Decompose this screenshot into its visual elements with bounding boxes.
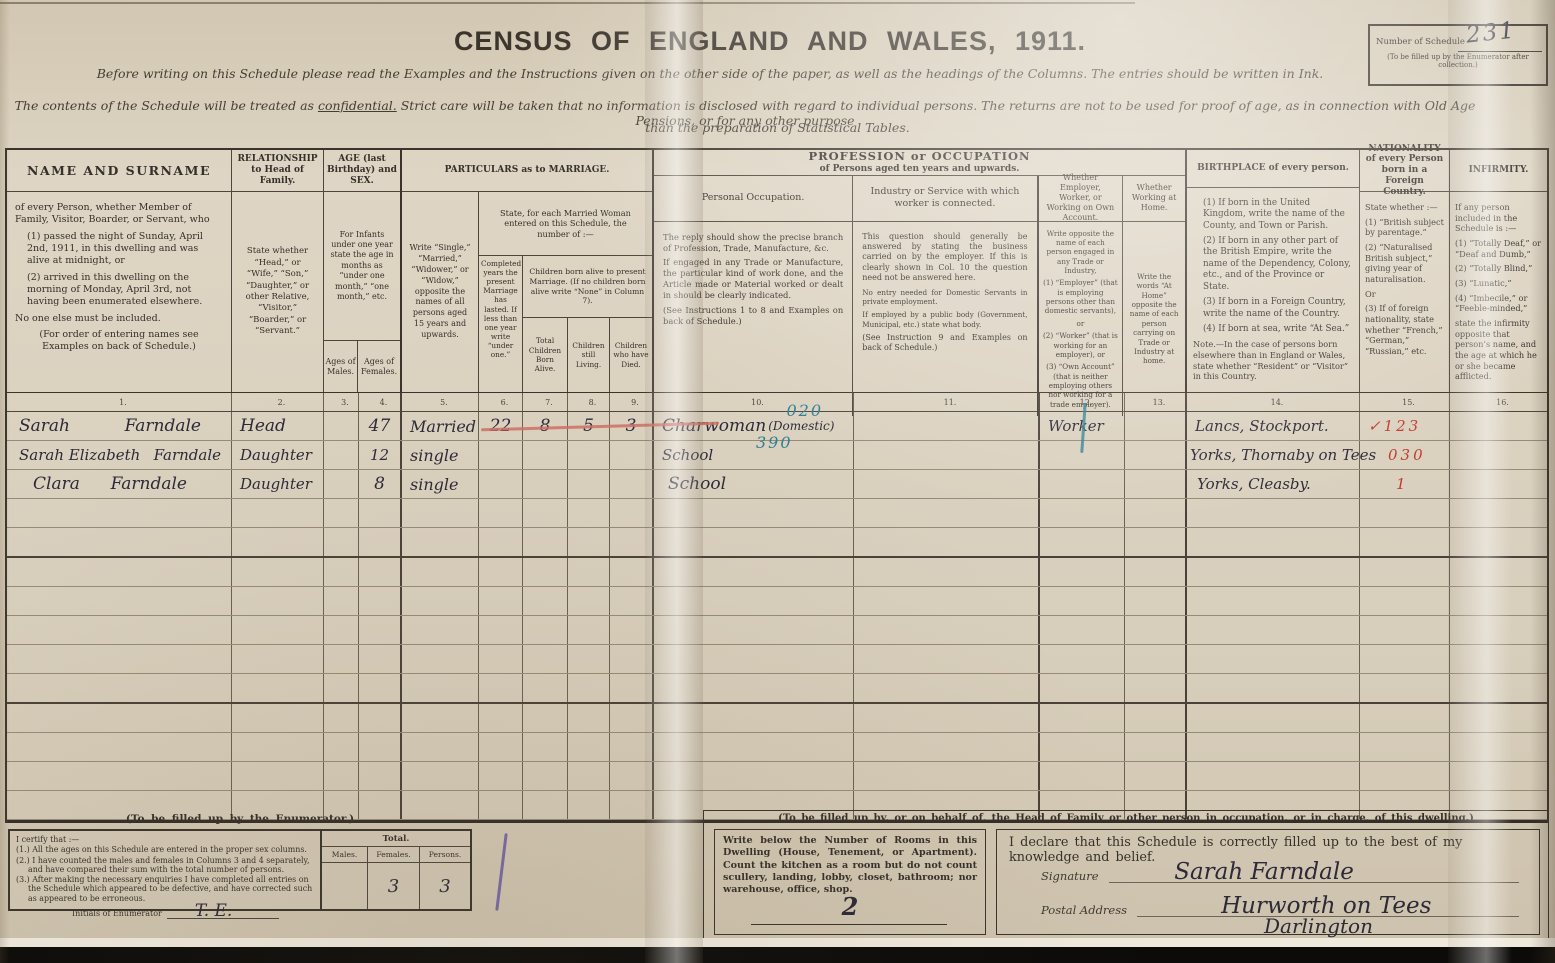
age-value: 47 bbox=[369, 416, 391, 436]
column-desc-text: The reply should show the precise branch… bbox=[663, 232, 843, 254]
certify-intro: I certify that :— bbox=[16, 835, 314, 844]
column-desc: State whether :— (1) “British subject by… bbox=[1360, 192, 1449, 392]
column-desc-text: Or bbox=[1365, 289, 1444, 300]
occupation-group-title: PROFESSION or OCCUPATION of Persons aged… bbox=[654, 150, 1185, 176]
schedule-number-box: Number of Schedule 231 (To be filled up … bbox=[1368, 24, 1548, 86]
birthplace-value: Yorks, Cleasby. bbox=[1197, 475, 1311, 493]
rooms-value: 2 bbox=[842, 892, 859, 923]
person-surname: Farndale bbox=[125, 416, 201, 436]
person-first-name: Sarah Elizabeth bbox=[19, 446, 140, 464]
column-desc-text: (2) If born in any other part of the Bri… bbox=[1193, 236, 1353, 293]
relationship-value: Daughter bbox=[240, 475, 312, 493]
column-desc: For Infants under one year state the age… bbox=[324, 192, 400, 340]
column-number: 15. bbox=[1360, 393, 1450, 411]
table-row-empty bbox=[7, 762, 1547, 791]
marriage-years-header: Completed years the present Marriage has… bbox=[479, 256, 523, 392]
column-title: BIRTHPLACE of every person. bbox=[1187, 150, 1359, 188]
column-desc: If any person included in the Schedule i… bbox=[1450, 192, 1547, 392]
signature-value: Sarah Farndale bbox=[1174, 859, 1354, 885]
column-desc: Write opposite the name of each person e… bbox=[1039, 222, 1123, 416]
table-row-empty bbox=[7, 616, 1547, 645]
column-title: Industry or Service with which worker is… bbox=[853, 176, 1036, 222]
occupation-code-annotation: 020 bbox=[786, 401, 823, 420]
males-label: Males. bbox=[322, 847, 368, 862]
column-desc-text: No one else must be included. bbox=[15, 313, 223, 325]
children-born-alive-header: Total Children Born Alive. bbox=[523, 318, 568, 392]
instruction-line-3: than the preparation of Statistical Tabl… bbox=[0, 120, 1555, 135]
postal-address-label: Postal Address bbox=[1041, 903, 1127, 917]
table-row-empty bbox=[7, 499, 1547, 528]
schedule-number-underline bbox=[1458, 51, 1542, 52]
employer-worker-column: Whether Employer, Worker, or Working on … bbox=[1039, 176, 1124, 416]
ages-of-males-header: Ages of Males. bbox=[324, 341, 358, 392]
column-number: 9. bbox=[610, 393, 654, 411]
occupation-note: (Domestic) bbox=[768, 419, 834, 433]
females-total-value: 3 bbox=[388, 876, 399, 897]
certify-item: (3.) After making the necessary enquirie… bbox=[16, 875, 314, 903]
column-desc-text: state the infirmity opposite that person… bbox=[1455, 318, 1542, 382]
occupation-value: Charwoman bbox=[662, 416, 766, 436]
age-value: 12 bbox=[370, 446, 389, 464]
column-desc: The reply should show the precise branch… bbox=[654, 222, 852, 416]
table-row-empty bbox=[7, 528, 1547, 558]
enumerator-initials-row: Initials of Enumerator T. E. bbox=[16, 906, 314, 919]
age-value: 8 bbox=[374, 474, 385, 494]
birthplace-value: Lancs, Stockport. bbox=[1195, 417, 1329, 435]
schedule-number-value: 231 bbox=[1465, 17, 1517, 48]
postal-address-line2: Darlington bbox=[1264, 914, 1373, 938]
column-desc-text: (See Instructions 1 to 8 and Examples on… bbox=[663, 305, 843, 327]
column-desc-text: (See Instruction 9 and Examples on back … bbox=[862, 333, 1027, 354]
column-subtitle: of Persons aged ten years and upwards. bbox=[820, 164, 1020, 175]
column-desc-text: (For order of entering names see Example… bbox=[15, 329, 223, 354]
children-died-header: Children who have Died. bbox=[610, 318, 652, 392]
table-row-clara-farndale: ClaraFarndale Daughter 8 single School Y… bbox=[7, 470, 1547, 499]
table-row-empty bbox=[7, 645, 1547, 674]
column-title: Whether Employer, Worker, or Working on … bbox=[1039, 176, 1123, 222]
table-header: NAME AND SURNAME of every Person, whethe… bbox=[7, 150, 1547, 393]
marital-status-value: Married bbox=[410, 417, 476, 436]
column-title: Whether Working at Home. bbox=[1123, 176, 1185, 222]
certify-item: (2.) I have counted the males and female… bbox=[16, 856, 314, 875]
married-woman-header: State, for each Married Woman entered on… bbox=[479, 192, 652, 256]
page-title: CENSUS OF ENGLAND AND WALES, 1911. bbox=[385, 26, 1155, 57]
column-desc-text: (3) If of foreign nationality, state whe… bbox=[1365, 303, 1444, 356]
clerk-code-mark: 1 bbox=[1396, 475, 1409, 493]
column-desc-text: (2) “Naturalised British subject,” givin… bbox=[1365, 242, 1444, 285]
householder-section-caption: (To be filled up by, or on behalf of, th… bbox=[704, 813, 1548, 824]
column-number: 4. bbox=[359, 393, 402, 411]
column-desc-text: (3) If born in a Foreign Country, write … bbox=[1193, 297, 1353, 320]
schedule-number-note: (To be filled up by the Enumerator after… bbox=[1376, 53, 1540, 70]
column-desc-text: (4) If born at sea, write “At Sea.” bbox=[1193, 324, 1353, 335]
relationship-value: Daughter bbox=[240, 446, 312, 464]
column-title: PROFESSION or OCCUPATION bbox=[808, 150, 1030, 164]
marital-status-value: single bbox=[410, 475, 458, 494]
column-desc-text: (2) “Worker” (that is working for an emp… bbox=[1043, 331, 1119, 359]
certify-item: (1.) All the ages on this Schedule are e… bbox=[16, 845, 314, 854]
column-number: 14. bbox=[1187, 393, 1360, 411]
rooms-box: Write below the Number of Rooms in this … bbox=[714, 829, 986, 935]
column-title: AGE (last Birthday) and SEX. bbox=[324, 150, 400, 192]
table-row-sarah-elizabeth-farndale: Sarah ElizabethFarndale Daughter 12 sing… bbox=[7, 441, 1547, 470]
occupation-code-annotation: 390 bbox=[756, 433, 793, 452]
signature-label: Signature bbox=[1041, 869, 1099, 883]
person-first-name: Sarah bbox=[19, 416, 70, 436]
signature-row: Signature Sarah Farndale bbox=[1041, 866, 1519, 883]
column-desc-text: (1) “Employer” (that is employing person… bbox=[1043, 278, 1119, 315]
column-desc: State whether “Head,” or “Wife,” “Son,” … bbox=[232, 192, 323, 392]
column-desc-text: This question should generally be answer… bbox=[862, 232, 1027, 284]
initials-label: Initials of Enumerator bbox=[72, 909, 162, 918]
column-number: 11. bbox=[854, 393, 1040, 411]
column-desc-text: Write opposite the name of each person e… bbox=[1043, 229, 1119, 276]
persons-label: Persons. bbox=[420, 847, 470, 862]
table-row-empty bbox=[7, 558, 1547, 587]
totals-values: 3 3 bbox=[322, 863, 470, 909]
column-number: 8. bbox=[568, 393, 610, 411]
column-desc-text: (1) “British subject by parentage.” bbox=[1365, 217, 1444, 238]
column-group-occupation: PROFESSION or OCCUPATION of Persons aged… bbox=[654, 150, 1187, 392]
column-desc-text: Note.—In the case of persons born elsewh… bbox=[1193, 339, 1353, 382]
table-row-empty bbox=[7, 704, 1547, 733]
enumerator-certification: I certify that :— (1.) All the ages on t… bbox=[10, 831, 320, 909]
children-living-header: Children still Living. bbox=[568, 318, 610, 392]
column-title: NAME AND SURNAME bbox=[7, 150, 231, 192]
marriage-years-value: 22 bbox=[490, 416, 512, 436]
working-at-home-column: Whether Working at Home. Write the words… bbox=[1123, 176, 1185, 416]
column-title: INFIRMITY. bbox=[1450, 150, 1547, 192]
column-number: 7. bbox=[523, 393, 568, 411]
column-group-infirmity: INFIRMITY. If any person included in the… bbox=[1450, 150, 1547, 392]
column-desc: Write the words “At Home” opposite the n… bbox=[1123, 222, 1185, 416]
personal-occupation-column: Personal Occupation. The reply should sh… bbox=[654, 176, 853, 416]
column-group-nationality: NATIONALITY of every Person born in a Fo… bbox=[1360, 150, 1450, 392]
column-desc-text: (4) “Imbecile,” or “Feeble-minded,” bbox=[1455, 293, 1542, 314]
column-desc-text: (3) “Lunatic,” bbox=[1455, 278, 1542, 289]
column-desc-text: (2) arrived in this dwelling on the morn… bbox=[15, 272, 223, 309]
clerk-code-mark: 030 bbox=[1388, 446, 1426, 464]
occupation-value: School bbox=[668, 474, 726, 494]
instruction-line-1: Before writing on this Schedule please r… bbox=[55, 66, 1365, 81]
confidential-word: confidential. bbox=[318, 98, 397, 113]
column-desc-text: State whether :— bbox=[1365, 202, 1444, 213]
table-row-empty bbox=[7, 733, 1547, 762]
instruction-text: The contents of the Schedule will be tre… bbox=[15, 98, 318, 113]
rooms-underline bbox=[751, 924, 947, 925]
column-group-age: AGE (last Birthday) and SEX. For Infants… bbox=[324, 150, 402, 392]
column-group-birthplace: BIRTHPLACE of every person. (1) If born … bbox=[1187, 150, 1360, 392]
column-number: 3. bbox=[324, 393, 359, 411]
column-number-row: 1. 2. 3. 4. 5. 6. 7. 8. 9. 10. 11. 12. 1… bbox=[7, 393, 1547, 412]
person-first-name: Clara bbox=[33, 474, 80, 494]
totals-header: Total. bbox=[322, 831, 470, 847]
column-title: Personal Occupation. bbox=[654, 176, 852, 222]
industry-column: Industry or Service with which worker is… bbox=[853, 176, 1038, 416]
age-subcolumns: Ages of Males. Ages of Females. bbox=[324, 340, 400, 392]
initials-underline: T. E. bbox=[167, 906, 279, 919]
census-schedule-sheet: CENSUS OF ENGLAND AND WALES, 1911. Numbe… bbox=[0, 0, 1555, 963]
scan-background-band bbox=[0, 947, 1555, 963]
column-number: 2. bbox=[232, 393, 324, 411]
column-number: 10. bbox=[654, 393, 854, 411]
column-desc-text: or bbox=[1043, 319, 1119, 328]
purple-pencil-mark bbox=[495, 833, 507, 911]
column-desc: of every Person, whether Member of Famil… bbox=[7, 192, 231, 392]
totals-table: Total. Males. Females. Persons. 3 3 bbox=[320, 831, 470, 909]
signature-underline: Sarah Farndale bbox=[1109, 866, 1519, 883]
ages-of-females-header: Ages of Females. bbox=[358, 341, 400, 392]
initials-value: T. E. bbox=[195, 902, 232, 922]
column-title: NATIONALITY of every Person born in a Fo… bbox=[1360, 150, 1449, 192]
householder-section: (To be filled up by, or on behalf of, th… bbox=[703, 810, 1549, 944]
column-group-marriage: PARTICULARS as to MARRIAGE. Write “Singl… bbox=[402, 150, 654, 392]
column-desc-text: (1) If born in the United Kingdom, write… bbox=[1193, 198, 1353, 232]
birthplace-value: Yorks, Thornaby on Tees bbox=[1190, 446, 1376, 464]
column-group-name: NAME AND SURNAME of every Person, whethe… bbox=[7, 150, 232, 392]
schedule-number-label: Number of Schedule bbox=[1376, 37, 1465, 47]
relationship-value: Head bbox=[240, 416, 286, 436]
enumerator-section-caption: (To be filled up by the Enumerator.) bbox=[8, 813, 472, 825]
column-desc-text: (2) “Totally Blind,” bbox=[1455, 263, 1542, 274]
enumerator-box: I certify that :— (1.) All the ages on t… bbox=[8, 829, 472, 911]
census-table: NAME AND SURNAME of every Person, whethe… bbox=[5, 148, 1549, 823]
column-number: 16. bbox=[1450, 393, 1547, 411]
females-label: Females. bbox=[368, 847, 420, 862]
persons-total-value: 3 bbox=[439, 876, 450, 897]
table-rows: SarahFarndale Head 47 Married 22 8 5 3 C… bbox=[7, 412, 1547, 823]
occupation-value: School bbox=[662, 446, 713, 464]
marital-status-value: single bbox=[410, 446, 458, 465]
column-desc-text: (1) passed the night of Sunday, April 2n… bbox=[15, 231, 223, 268]
column-desc-text: (1) “Totally Deaf,” or “Deaf and Dumb,” bbox=[1455, 238, 1542, 259]
column-desc: (1) If born in the United Kingdom, write… bbox=[1187, 188, 1359, 392]
marriage-subcolumns: Write “Single,” “Married,” “Widower,” or… bbox=[402, 192, 652, 392]
marriage-status-header: Write “Single,” “Married,” “Widower,” or… bbox=[402, 192, 479, 392]
column-desc-text: No entry needed for Domestic Servants in… bbox=[862, 288, 1027, 307]
clerk-code-mark: ✓123 bbox=[1368, 417, 1421, 435]
column-number: 1. bbox=[7, 393, 232, 411]
column-title: RELATIONSHIP to Head of Family. bbox=[232, 150, 323, 192]
paper-top-edge bbox=[0, 2, 1135, 4]
column-desc-text: If any person included in the Schedule i… bbox=[1455, 202, 1542, 234]
column-number: 5. bbox=[402, 393, 479, 411]
column-desc-text: If employed by a public body (Government… bbox=[862, 310, 1027, 329]
column-desc-text: of every Person, whether Member of Famil… bbox=[15, 202, 223, 227]
column-number: 6. bbox=[479, 393, 523, 411]
totals-labels: Males. Females. Persons. bbox=[322, 847, 470, 863]
column-desc-text: If engaged in any Trade or Manufacture, … bbox=[663, 257, 843, 301]
rooms-instructions: Write below the Number of Rooms in this … bbox=[723, 835, 977, 895]
paper-bottom-edge bbox=[0, 938, 1555, 947]
children-born-header: Children born alive to present Marriage.… bbox=[523, 256, 652, 318]
person-surname: Farndale bbox=[154, 446, 221, 464]
column-group-relationship: RELATIONSHIP to Head of Family. State wh… bbox=[232, 150, 324, 392]
column-desc: This question should generally be answer… bbox=[853, 222, 1036, 416]
column-title: PARTICULARS as to MARRIAGE. bbox=[402, 150, 652, 192]
table-row-empty bbox=[7, 587, 1547, 616]
person-surname: Farndale bbox=[111, 474, 187, 494]
table-row-empty bbox=[7, 674, 1547, 704]
employment-status-value: Worker bbox=[1048, 417, 1104, 435]
column-number: 13. bbox=[1125, 393, 1187, 411]
